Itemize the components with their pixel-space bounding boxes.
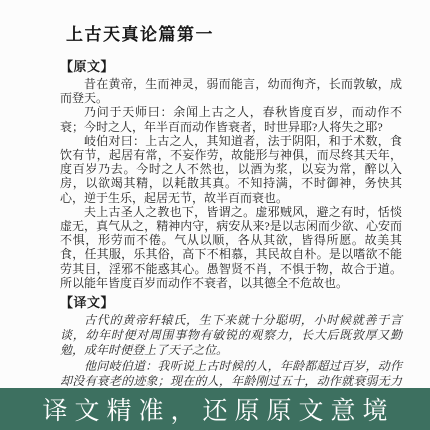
original-paragraph: 夫上古圣人之教也下，皆谓之。虚邪贼风，避之有时，恬惔虚无，真气从之，精神内守，病…	[60, 205, 402, 290]
page-title: 上古天真论篇第一	[66, 20, 402, 45]
translation-paragraph: 古代的黄帝轩辕氏，生下来就十分聪明，小时候就善于言谈，幼年时便对周围事物有敏锐的…	[60, 313, 402, 359]
original-paragraph: 乃问于天师曰：余闻上古之人，春秋皆度百岁，而动作不衰；今时之人，年半百而动作皆衰…	[60, 105, 402, 133]
original-paragraph: 昔在黄帝，生而神灵，弱而能言，幼而徇齐，长而敦敏，成而登天。	[60, 77, 402, 105]
promo-banner-text: 译文精准，还原原文意境	[42, 391, 394, 427]
page-content: 上古天真论篇第一 【原文】 昔在黄帝，生而神灵，弱而能言，幼而徇齐，长而敦敏，成…	[60, 20, 402, 404]
original-paragraph: 岐伯对曰：上古之人，其知道者，法于阴阳，和于术数，食饮有节，起居有常，不妄作劳，…	[60, 134, 402, 205]
book-page: 上古天真论篇第一 【原文】 昔在黄帝，生而神灵，弱而能言，幼而徇齐，长而敦敏，成…	[0, 0, 430, 430]
translation-label: 【译文】	[60, 292, 402, 311]
promo-banner: 译文精准，还原原文意境	[0, 388, 430, 430]
original-section: 【原文】 昔在黄帝，生而神灵，弱而能言，幼而徇齐，长而敦敏，成而登天。 乃问于天…	[60, 56, 402, 290]
original-label: 【原文】	[60, 56, 402, 75]
